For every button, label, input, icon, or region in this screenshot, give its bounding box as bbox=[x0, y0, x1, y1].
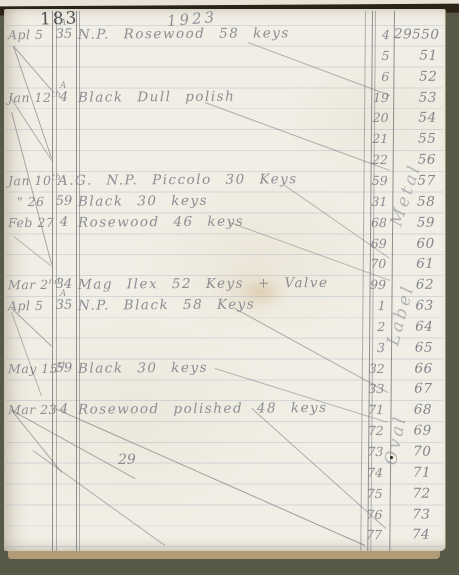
serial-row: 20 54 bbox=[370, 109, 438, 130]
serial-number: 29550 bbox=[394, 26, 440, 43]
lot-number: 21 bbox=[370, 131, 388, 146]
ledger-entry: Apl 5 A35 N.P. Black 58 Keys bbox=[4, 296, 364, 319]
page-block-edge bbox=[8, 550, 440, 559]
serial-row: 32 66 bbox=[366, 359, 434, 380]
lot-number: 4 bbox=[372, 27, 390, 42]
serial-number: 55 bbox=[392, 130, 438, 147]
serial-row: 77 74 bbox=[364, 526, 432, 547]
serial-number: 60 bbox=[391, 235, 437, 252]
lot-number: 20 bbox=[370, 110, 388, 125]
serial-row: 75 72 bbox=[365, 484, 433, 505]
lot-number: 59 bbox=[370, 173, 388, 188]
serial-row: 21 55 bbox=[370, 130, 438, 151]
lot-number: 32 bbox=[367, 360, 385, 375]
lot-number: 75 bbox=[365, 485, 383, 500]
scanned-ledger-photo: { "page": { "number": "183", "year": "19… bbox=[0, 0, 459, 575]
serial-number: 61 bbox=[390, 256, 436, 273]
lot-number: 77 bbox=[364, 527, 382, 542]
lot-number: 1 bbox=[368, 298, 386, 313]
ledger-entry: Mar 23 4 Rosewood polished 48 keys bbox=[4, 400, 364, 423]
serial-number: 67 bbox=[388, 381, 434, 398]
entry-description: Black Dull polish bbox=[78, 88, 235, 105]
lot-number: 68 bbox=[369, 214, 387, 229]
entry-description: N.P. Rosewood 58 keys bbox=[78, 25, 290, 42]
entry-description: Rosewood 46 keys bbox=[78, 213, 244, 230]
serial-number: 73 bbox=[386, 506, 432, 523]
lot-number: 73 bbox=[365, 444, 383, 459]
paper-stain bbox=[239, 277, 285, 307]
entry-description: A.G. N.P. Piccolo 30 Keys bbox=[58, 171, 298, 189]
entry-date: Apl 5 bbox=[8, 27, 56, 42]
serial-number: 52 bbox=[393, 68, 439, 85]
serial-row: 33 67 bbox=[366, 380, 434, 401]
serial-number: 53 bbox=[393, 89, 439, 106]
entry-description: Black 30 keys bbox=[78, 193, 208, 210]
serial-number: 54 bbox=[392, 110, 438, 127]
lot-number: 70 bbox=[368, 256, 386, 271]
lot-number: 74 bbox=[365, 465, 383, 480]
margin-note: 29 bbox=[118, 452, 136, 468]
entry-model-mark: A bbox=[60, 80, 67, 90]
entry-description: Rosewood polished 48 keys bbox=[78, 400, 328, 418]
serial-row: 5 51 bbox=[371, 47, 439, 68]
entry-description: Mag Ilex 52 Keys + Valve bbox=[78, 275, 329, 293]
serial-row: 70 61 bbox=[368, 255, 436, 276]
ledger-entry: Feb 27 4 Rosewood 46 keys bbox=[4, 212, 364, 235]
entry-model-number: A4 bbox=[54, 89, 74, 104]
lot-number: 5 bbox=[371, 48, 389, 63]
entry-model-number: A35 bbox=[54, 27, 74, 42]
ledger-entry: Jan 10th A.G. N.P. Piccolo 30 Keys bbox=[4, 171, 364, 194]
entry-description: N.P. Black 58 Keys bbox=[78, 297, 255, 314]
lot-number: 72 bbox=[366, 423, 384, 438]
serial-number: 71 bbox=[387, 464, 433, 481]
entry-date: Mar 2nd bbox=[8, 277, 56, 292]
serial-number: 51 bbox=[393, 47, 439, 64]
lot-number: 99 bbox=[368, 277, 386, 292]
ledger-entry: Apl 5 A35 N.P. Rosewood 58 keys bbox=[4, 25, 364, 48]
entry-description: Black 30 keys bbox=[78, 359, 208, 376]
ledger-entry: Jan 12th A4 Black Dull polish bbox=[4, 87, 364, 110]
serial-row: 4 29550 bbox=[372, 26, 440, 47]
ledger-page: 183 1923 Apl 5 A35 N.P. Rosewood 58 keys… bbox=[4, 9, 446, 551]
serial-number: 72 bbox=[387, 485, 433, 502]
serial-row: 76 73 bbox=[364, 505, 432, 526]
serial-row: 69 60 bbox=[368, 234, 436, 255]
entry-date: " 26 bbox=[8, 194, 56, 209]
serial-number: 66 bbox=[389, 360, 435, 377]
entry-date: Feb 27 bbox=[8, 215, 56, 230]
lot-number: 6 bbox=[371, 69, 389, 84]
entry-model-number: 59 bbox=[54, 194, 74, 209]
entry-model-number: 59 bbox=[54, 360, 74, 375]
entry-date: Jan 10th bbox=[8, 173, 56, 188]
serial-row: 6 52 bbox=[371, 68, 439, 89]
entry-model-mark: A bbox=[60, 18, 67, 28]
lot-number: 69 bbox=[369, 235, 387, 250]
entry-model-number: 4 bbox=[54, 214, 74, 229]
serial-number: 74 bbox=[386, 527, 432, 544]
ledger-entry: May 15th 59 Black 30 keys bbox=[4, 358, 364, 381]
ledger-entry: Mar 2nd 34 Mag Ilex 52 Keys + Valve bbox=[4, 275, 364, 298]
lot-number: 2 bbox=[367, 319, 385, 334]
lot-number: 76 bbox=[364, 506, 382, 521]
ink-speck bbox=[390, 456, 393, 459]
lot-number: 31 bbox=[369, 194, 387, 209]
entry-model-number: A35 bbox=[54, 298, 74, 313]
entry-model-mark: A bbox=[60, 289, 67, 299]
